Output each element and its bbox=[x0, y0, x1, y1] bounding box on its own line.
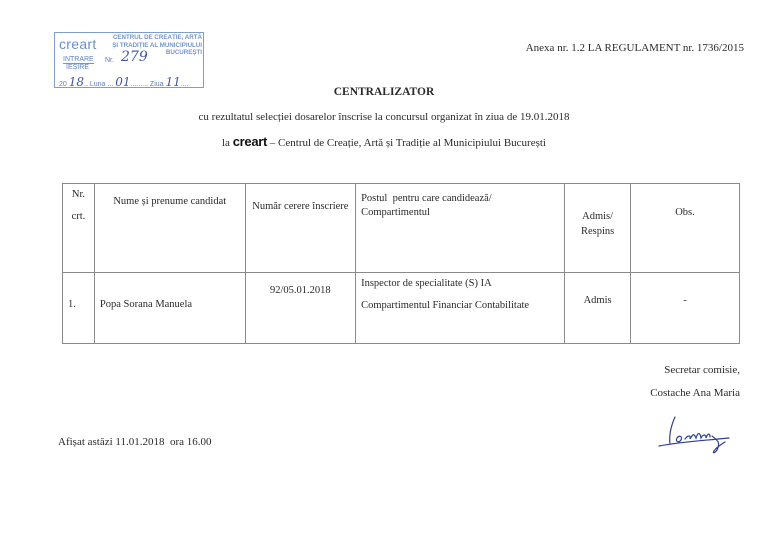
header-nr-crt: Nr. crt. bbox=[63, 184, 95, 273]
header-candidate-name: Nume și prenume candidat bbox=[94, 184, 245, 273]
table-header-row: Nr. crt. Nume și prenume candidat Număr … bbox=[63, 184, 740, 273]
cell-nr: 1. bbox=[63, 273, 95, 344]
document-subtitle: cu rezultatul selecției dosarelor înscri… bbox=[0, 111, 768, 123]
header-position: Postul pentru care candidează/ Compartim… bbox=[356, 184, 565, 273]
stamp-intrare-label: INTRARE bbox=[63, 56, 94, 64]
stamp-nr-value: 279 bbox=[121, 49, 148, 65]
cell-position: Inspector de specialitate (S) IA Compart… bbox=[356, 273, 565, 344]
cell-result: Admis bbox=[565, 273, 631, 344]
stamp-nr-label: Nr. bbox=[105, 57, 114, 64]
cell-candidate-name: Popa Sorana Manuela bbox=[94, 273, 245, 344]
stamp-iesire-label: IEȘIRE bbox=[66, 64, 89, 71]
cell-observations: - bbox=[630, 273, 739, 344]
header-admitted-rejected: Admis/ Respins bbox=[565, 184, 631, 273]
table-row: 1. Popa Sorana Manuela 92/05.01.2018 Ins… bbox=[63, 273, 740, 344]
header-application-number: Număr cerere înscriere bbox=[245, 184, 356, 273]
signature-icon bbox=[655, 412, 735, 457]
stamp-institution: CENTRUL DE CREAȚIE, ARTĂ ȘI TRADIȚIE AL … bbox=[102, 34, 202, 57]
cell-application-number: 92/05.01.2018 bbox=[245, 273, 356, 344]
header-observations: Obs. bbox=[630, 184, 739, 273]
secretary-name: Costache Ana Maria bbox=[650, 387, 740, 399]
document-title: CENTRALIZATOR bbox=[0, 86, 768, 98]
results-table: Nr. crt. Nume și prenume candidat Număr … bbox=[62, 183, 740, 344]
creart-brand-logo: creart bbox=[233, 134, 267, 149]
secretary-label: Secretar comisie, bbox=[664, 364, 740, 376]
registration-stamp: creart CENTRUL DE CREAȚIE, ARTĂ ȘI TRADI… bbox=[54, 32, 204, 88]
posted-date: Afișat astăzi 11.01.2018 ora 16.00 bbox=[58, 436, 212, 448]
stamp-logo: creart bbox=[59, 36, 97, 52]
annex-reference: Anexa nr. 1.2 LA REGULAMENT nr. 1736/201… bbox=[526, 42, 744, 54]
institution-line: la creart – Centrul de Creație, Artă și … bbox=[0, 134, 768, 149]
